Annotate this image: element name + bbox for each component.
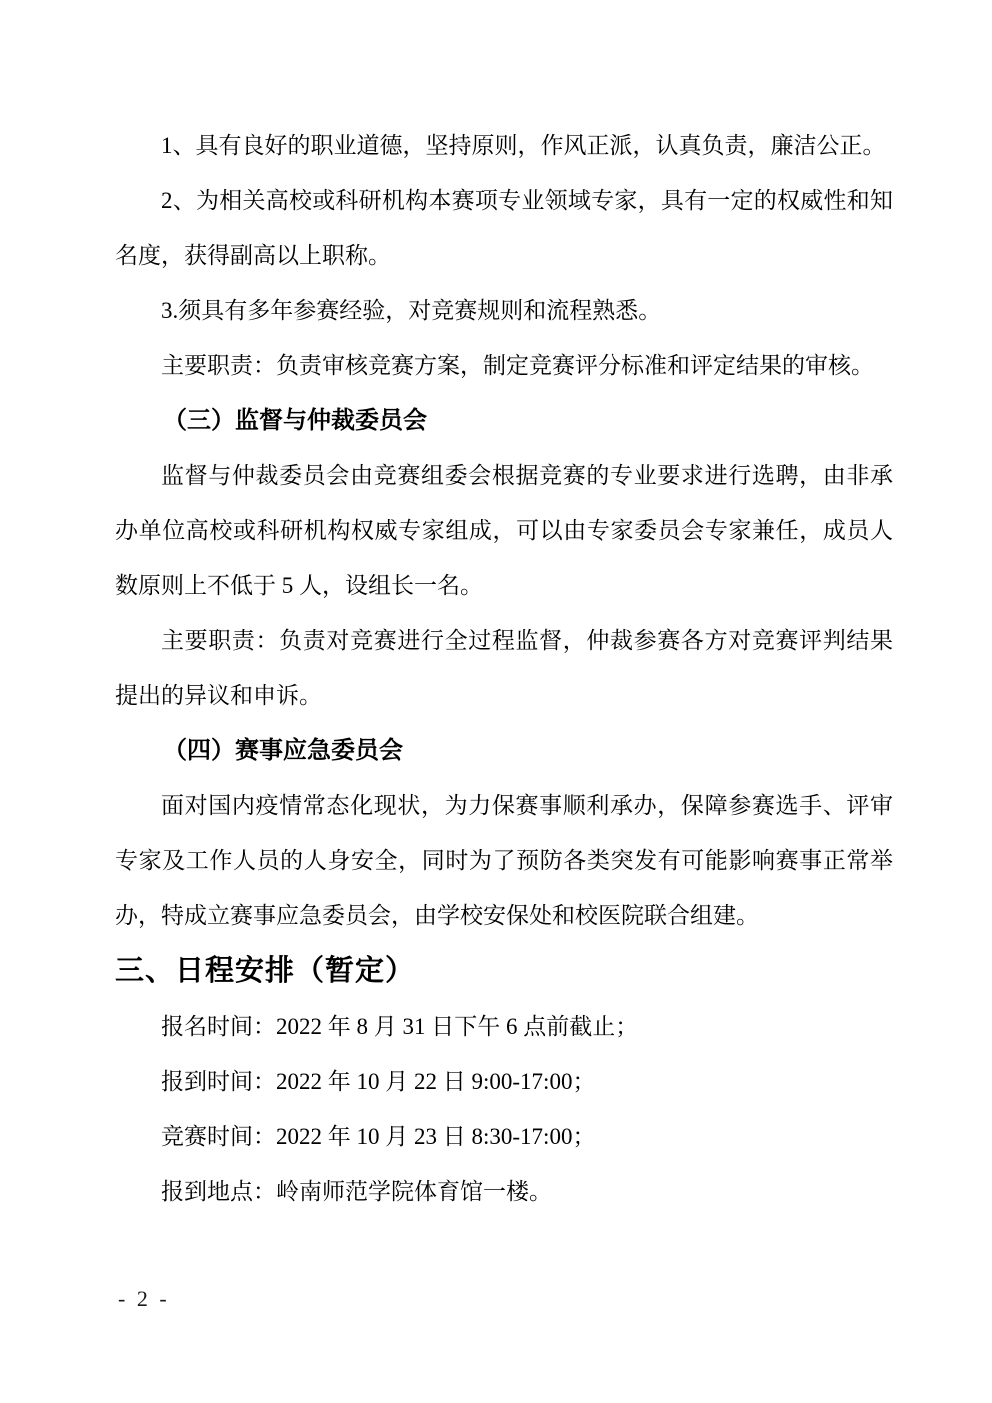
paragraph-emergency-committee: 面对国内疫情常态化现状，为力保赛事顺利承办，保障参赛选手、评审专家及工作人员的人… (115, 778, 893, 943)
line-competition-time: 竞赛时间：2022 年 10 月 23 日 8:30-17:00； (115, 1109, 893, 1164)
line-checkin-location: 报到地点：岭南师范学院体育馆一楼。 (115, 1164, 893, 1219)
document-page: 1、具有良好的职业道德，坚持原则，作风正派，认真负责，廉洁公正。 2、为相关高校… (0, 0, 992, 1403)
heading-supervision-arbitration-committee: （三）监督与仲裁委员会 (115, 393, 893, 448)
list-item-judge-requirement-2: 2、为相关高校或科研机构本赛项专业领域专家，具有一定的权威性和知名度，获得副高以… (115, 173, 893, 283)
line-registration-deadline: 报名时间：2022 年 8 月 31 日下午 6 点前截止； (115, 999, 893, 1054)
paragraph-supervision-committee-duties: 主要职责：负责对竞赛进行全过程监督，仲裁参赛各方对竞赛评判结果提出的异议和申诉。 (115, 613, 893, 723)
list-item-judge-requirement-3: 3.须具有多年参赛经验，对竞赛规则和流程熟悉。 (115, 283, 893, 338)
heading-emergency-committee: （四）赛事应急委员会 (115, 723, 893, 778)
list-item-judge-requirement-1: 1、具有良好的职业道德，坚持原则，作风正派，认真负责，廉洁公正。 (115, 118, 893, 173)
paragraph-supervision-committee-composition: 监督与仲裁委员会由竞赛组委会根据竞赛的专业要求进行选聘，由非承办单位高校或科研机… (115, 448, 893, 613)
heading-schedule: 三、日程安排（暂定） (115, 943, 893, 999)
paragraph-expert-committee-duties: 主要职责：负责审核竞赛方案，制定竞赛评分标准和评定结果的审核。 (115, 338, 893, 393)
document-body: 1、具有良好的职业道德，坚持原则，作风正派，认真负责，廉洁公正。 2、为相关高校… (115, 118, 893, 1219)
page-number: - 2 - (118, 1284, 170, 1314)
line-checkin-time: 报到时间：2022 年 10 月 22 日 9:00-17:00； (115, 1054, 893, 1109)
